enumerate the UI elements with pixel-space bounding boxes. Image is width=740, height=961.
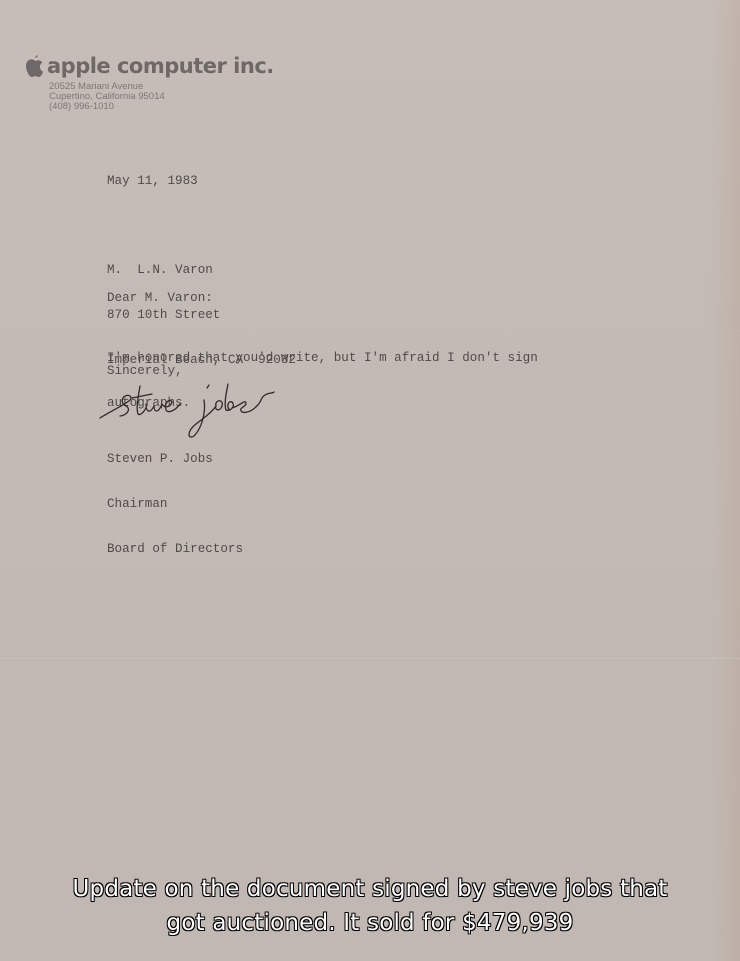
paper-fold-line (0, 658, 740, 660)
signer-block: Steven P. Jobs Chairman Board of Directo… (107, 422, 243, 587)
signer-title: Chairman (107, 497, 243, 512)
meme-caption: Update on the document signed by steve j… (0, 872, 740, 940)
caption-line: got auctioned. It sold for $479,939 (0, 906, 740, 940)
caption-line: Update on the document signed by steve j… (0, 872, 740, 906)
company-address: 20525 Mariani Avenue Cupertino, Californ… (49, 82, 274, 112)
closing: Sincerely, (107, 364, 183, 379)
letterhead-logo-row: apple computer inc. (24, 54, 274, 78)
letterhead: apple computer inc. 20525 Mariani Avenue… (24, 54, 274, 112)
recipient-name: M. L.N. Varon (107, 263, 296, 278)
letter-date: May 11, 1983 (107, 174, 198, 189)
letter-body: May 11, 1983 M. L.N. Varon 870 10th Stre… (107, 174, 122, 279)
company-name: apple computer inc. (47, 54, 274, 78)
signer-name: Steven P. Jobs (107, 452, 243, 467)
apple-logo-icon (24, 54, 46, 78)
company-phone: (408) 996-1010 (49, 102, 274, 112)
signer-department: Board of Directors (107, 542, 243, 557)
salutation: Dear M. Varon: (107, 291, 213, 306)
handwritten-signature (96, 378, 321, 446)
